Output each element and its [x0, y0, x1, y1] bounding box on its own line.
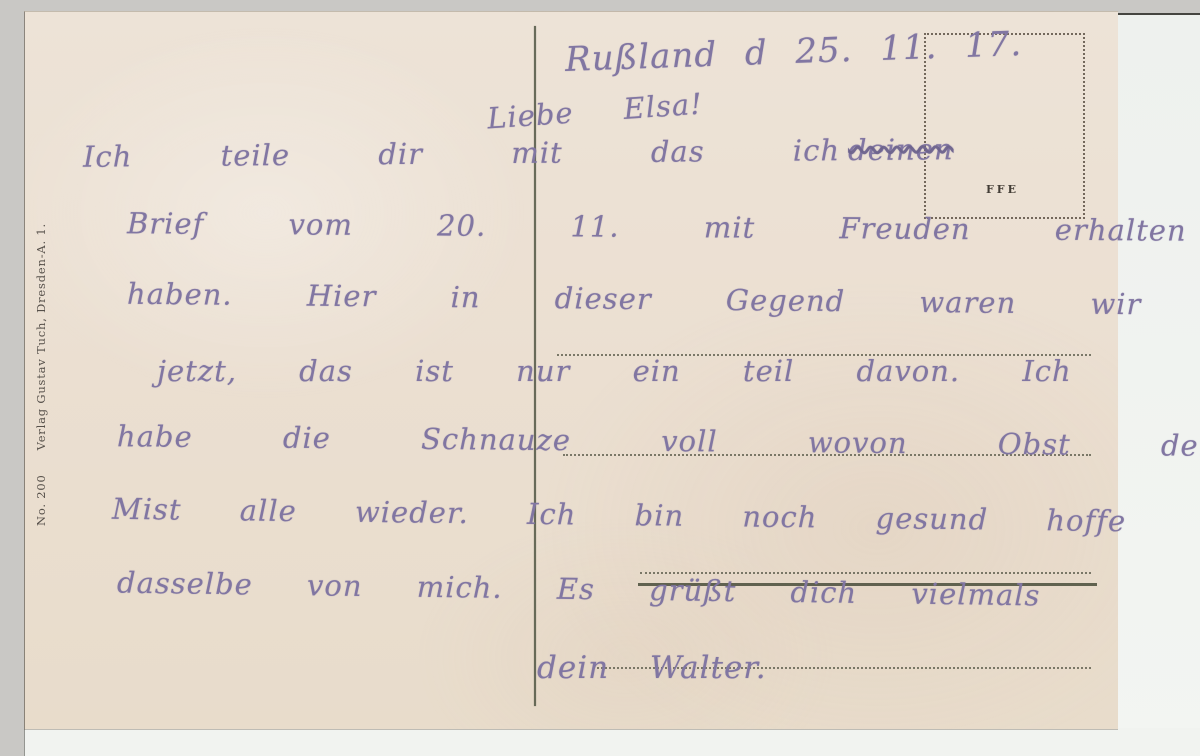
- handwritten-crossed-out-word: deinen: [848, 132, 954, 167]
- handwritten-signature: dein Walter.: [537, 650, 767, 686]
- handwritten-line-6: Mist alle wieder. Ich bin noch gesund ho…: [112, 492, 1126, 538]
- publisher-name: Verlag Gustav Tuch, Dresden-A. 1.: [34, 223, 48, 450]
- scan-paper-right-edge: [1117, 13, 1200, 756]
- handwritten-line-4: jetzt, das ist nur ein teil davon. Ich: [157, 354, 1072, 388]
- scan-background: No. 200 Verlag Gustav Tuch, Dresden-A. 1…: [0, 0, 1200, 756]
- handwritten-line-1: Ich teile dir mit das ichdeinen: [83, 132, 954, 174]
- scan-paper-bottom-edge: [24, 728, 1200, 756]
- handwritten-line-3: haben. Hier in dieser Gegend waren wir: [127, 277, 1142, 322]
- publisher-number: No. 200: [34, 474, 48, 526]
- handwritten-line-2: Brief vom 20. 11. mit Freuden erhalten: [127, 206, 1187, 247]
- handwritten-line-1-text: Ich teile dir mit das ich: [83, 133, 840, 174]
- stamp-box-label: FFE: [986, 183, 1019, 196]
- publisher-imprint: No. 200 Verlag Gustav Tuch, Dresden-A. 1…: [34, 96, 48, 526]
- postcard-back: No. 200 Verlag Gustav Tuch, Dresden-A. 1…: [24, 11, 1118, 729]
- handwritten-salutation: Liebe Elsa!: [486, 87, 704, 136]
- handwritten-line-5: habe die Schnauze voll wovon Obst der: [117, 419, 1200, 463]
